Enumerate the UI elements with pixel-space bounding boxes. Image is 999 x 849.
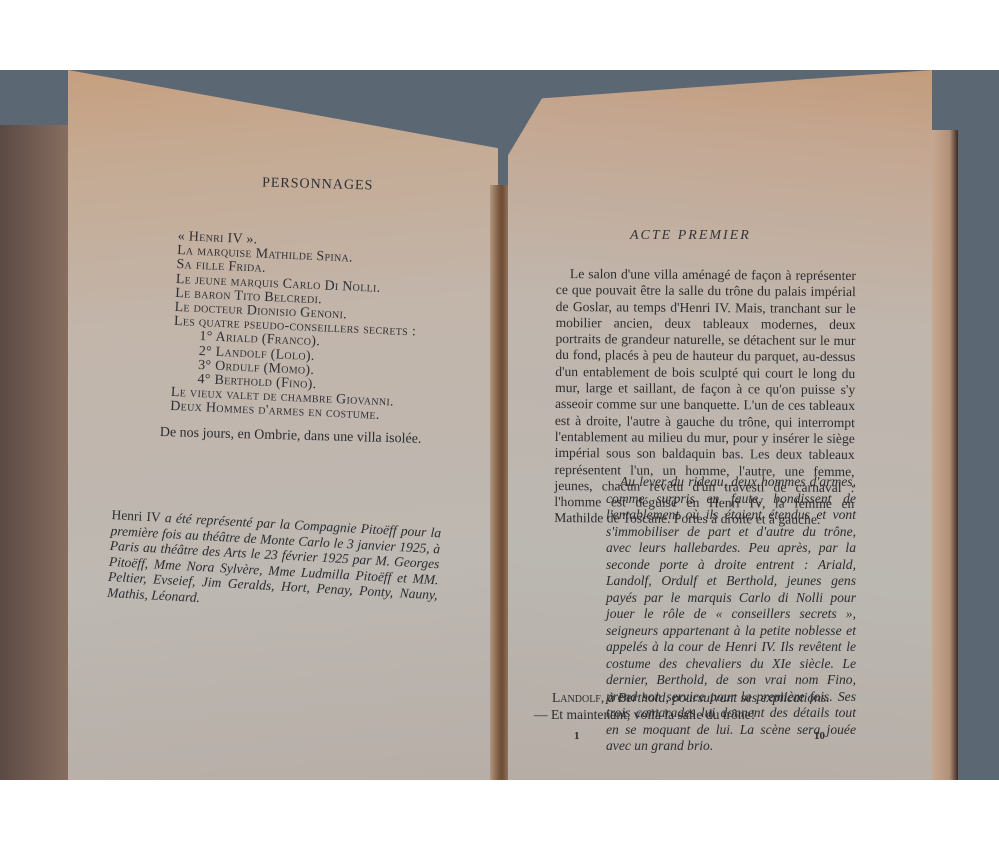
page-number: 10 bbox=[814, 730, 825, 742]
left-page: PERSONNAGES « Henri IV ». La marquise Ma… bbox=[68, 70, 498, 780]
speech-text: Et maintenant, voilà la salle du trône! bbox=[551, 707, 755, 722]
speaker-name: Landolf, bbox=[552, 690, 604, 705]
book-cover-right-edge bbox=[930, 130, 958, 780]
setting-line: De nos jours, en Ombrie, dans une villa … bbox=[160, 425, 422, 448]
book-photo: PERSONNAGES « Henri IV ». La marquise Ma… bbox=[0, 70, 999, 780]
premiere-note: Henri IV a été représenté par la Compagn… bbox=[107, 507, 442, 618]
act-heading: ACTE PREMIER bbox=[630, 228, 751, 244]
note-text: a été représenté par la Compagnie Pitoëf… bbox=[107, 510, 442, 605]
speech-dash: — bbox=[534, 707, 548, 722]
speaker-direction: à Berthold, poursuivant ses explications… bbox=[608, 690, 830, 705]
personnages-heading: PERSONNAGES bbox=[262, 176, 374, 195]
signature-mark: 1 bbox=[574, 730, 580, 742]
dialogue-line: Landolf, à Berthold, poursuivant ses exp… bbox=[534, 690, 839, 723]
cast-list: « Henri IV ». La marquise Mathilde Spina… bbox=[170, 230, 420, 425]
right-page: ACTE PREMIER Le salon d'une villa aménag… bbox=[508, 70, 932, 780]
